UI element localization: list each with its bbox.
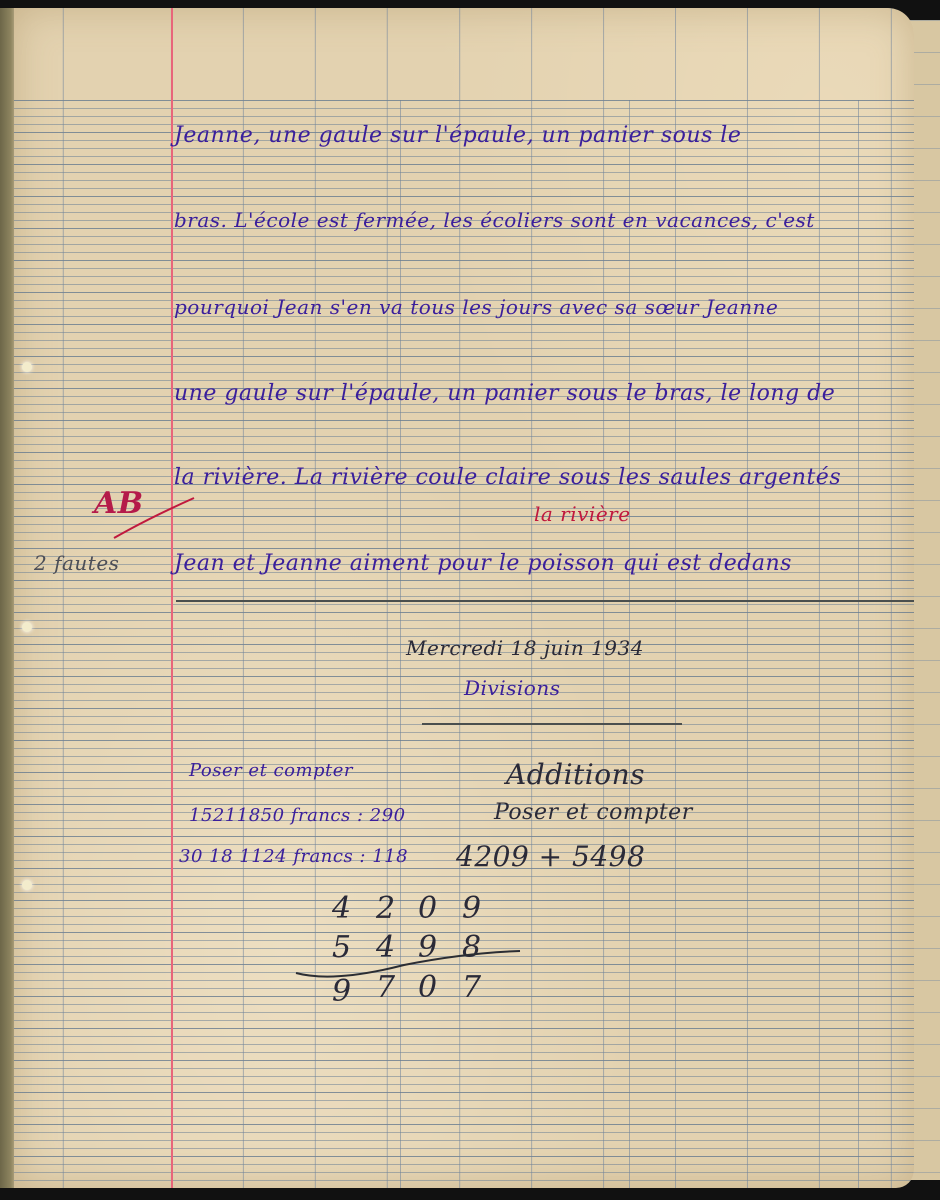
- divisions-heading: Poser et compter: [189, 760, 353, 781]
- binding-hole: [22, 362, 32, 372]
- section-divider: [176, 600, 914, 602]
- dictation-line-6: Jean et Jeanne aiment pour le poisson qu…: [174, 551, 792, 576]
- dictation-line-1: Jeanne, une gaule sur l'épaule, un panie…: [174, 123, 741, 148]
- vertical-ruling: [14, 8, 914, 1188]
- dictation-line-4: une gaule sur l'épaule, un panier sous l…: [174, 381, 835, 406]
- sum-digit-2: 7: [376, 970, 395, 1005]
- fault-count: 2 fautes: [34, 551, 119, 575]
- correction-arrow-icon: [109, 493, 199, 543]
- teacher-correction: la rivière: [534, 502, 631, 526]
- binding-hole: [22, 622, 32, 632]
- sum-digit-3: 0: [418, 970, 437, 1005]
- title-underline: [422, 723, 682, 725]
- division-problem-1: 15211850 francs : 290: [189, 805, 406, 826]
- red-margin-line: [171, 8, 173, 1188]
- division-problem-2: 30 18 1124 francs : 118: [179, 846, 408, 867]
- addend1-digit-1: 4: [332, 891, 351, 926]
- addition-problem: 4209 + 5498: [456, 840, 645, 873]
- fault-index: 1: [14, 551, 18, 572]
- divisions-title: Divisions: [464, 676, 560, 700]
- lesson-date: Mercredi 18 juin 1934: [406, 636, 644, 660]
- addend1-digit-2: 2: [376, 891, 395, 926]
- sum-digit-1: 9: [332, 974, 351, 1009]
- sum-digit-4: 7: [462, 970, 481, 1005]
- additions-title: Additions: [506, 758, 645, 791]
- notebook-page: Jeanne, une gaule sur l'épaule, un panie…: [14, 8, 914, 1188]
- addend1-digit-3: 0: [418, 891, 437, 926]
- binding-hole: [22, 880, 32, 890]
- additions-instruction: Poser et compter: [494, 800, 693, 825]
- dictation-line-2: bras. L'école est fermée, les écoliers s…: [174, 208, 815, 232]
- dictation-line-5: la rivière. La rivière coule claire sous…: [174, 465, 841, 490]
- sum-line: [294, 943, 524, 983]
- dictation-line-3: pourquoi Jean s'en va tous les jours ave…: [174, 295, 778, 319]
- addend1-digit-4: 9: [462, 891, 481, 926]
